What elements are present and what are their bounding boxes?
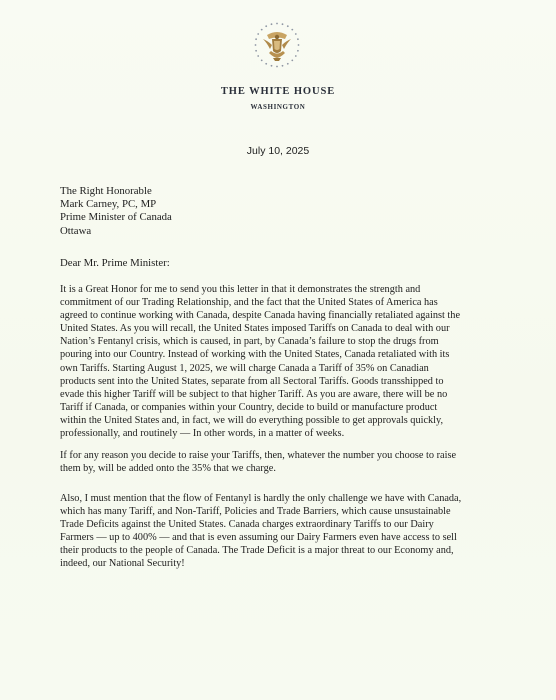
recipient-title: Prime Minister of Canada [60,211,172,224]
letter-date: July 10, 2025 [0,145,556,157]
recipient-address: The Right Honorable Mark Carney, PC, MP … [60,185,172,238]
text-line: Trade Deficits against the United States… [60,518,500,531]
text-line: commitment of our Trading Relationship, … [60,296,500,309]
letterhead-subtitle: WASHINGTON [0,103,556,111]
text-line: pouring into our Country. Instead of wor… [60,348,500,361]
paragraph-3: Also, I must mention that the flow of Fe… [60,492,500,571]
text-line: which has many Tariff, and Non-Tariff, P… [60,505,500,518]
paragraph-1: It is a Great Honor for me to send you t… [60,283,500,440]
text-line: Farmers — up to 400% — and that is even … [60,531,500,544]
text-line: evade this higher Tariff will be subject… [60,388,500,401]
text-line: agreed to continue working with Canada, … [60,309,500,322]
paragraph-2: If for any reason you decide to raise yo… [60,449,500,475]
text-line: products sent into the United States, se… [60,375,500,388]
text-line: indeed, our National Security! [60,557,500,570]
text-line: their products to the people of Canada. … [60,544,500,557]
text-line: within the United States and, in fact, w… [60,414,500,427]
letter-page: THE WHITE HOUSE WASHINGTON July 10, 2025… [0,0,556,700]
presidential-seal-icon [253,21,301,69]
text-line: own Tariffs. Starting August 1, 2025, we… [60,362,500,375]
text-line: It is a Great Honor for me to send you t… [60,283,500,296]
text-line: them by, will be added onto the 35% that… [60,462,500,475]
letterhead-title: THE WHITE HOUSE [0,86,556,97]
text-line: professionally, and routinely — In other… [60,427,500,440]
text-line: If for any reason you decide to raise yo… [60,449,500,462]
salutation: Dear Mr. Prime Minister: [60,257,170,270]
recipient-city: Ottawa [60,225,172,238]
recipient-honorific: The Right Honorable [60,185,172,198]
text-line: Nation’s Fentanyl crisis, which is cause… [60,335,500,348]
recipient-name: Mark Carney, PC, MP [60,198,172,211]
text-line: Also, I must mention that the flow of Fe… [60,492,500,505]
text-line: Tariff if Canada, or companies within yo… [60,401,500,414]
text-line: United States. As you will recall, the U… [60,322,500,335]
